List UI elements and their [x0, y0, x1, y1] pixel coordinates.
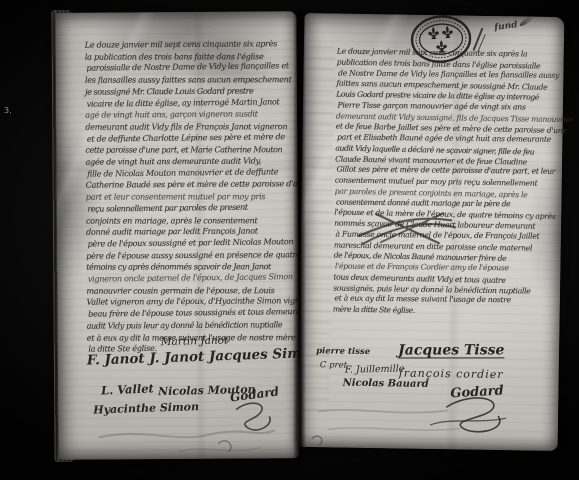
manuscript-line: mère la ditte Ste église.	[333, 304, 551, 318]
signature-pierre-tisse: pierre tisse	[316, 346, 370, 357]
signature-francois-cordier: françois cordier	[399, 367, 504, 382]
manuscript-line: Le douze janvier mil sept cens cinquante…	[85, 38, 287, 51]
manuscript-line: les fiansailles aussy faittes sans aucun…	[85, 74, 287, 86]
signature-martin-janot: Martin Janot	[161, 334, 229, 348]
manuscript-line: paroissialle de Nostre Dame de Vidy les …	[86, 61, 288, 75]
signature-godard-right: Godard	[450, 383, 504, 401]
signature-juillemille: F. Juillemille	[345, 364, 405, 376]
manuscript-line: père de l'épouse aussy soussigné en prés…	[86, 249, 288, 262]
binding-mark: 3.	[4, 106, 12, 115]
manuscript-line: reçu solennellement par paroles de prese…	[87, 201, 289, 215]
manuscript-line: Catherine Baudé ses père et mère de cett…	[86, 179, 288, 192]
manuscript-line: cette paroisse d'une part, et Marie Cath…	[85, 144, 287, 156]
left-page-text: Le douze janvier mil sept cens cinquante…	[85, 38, 289, 355]
fleur-de-lis-icon	[442, 25, 453, 38]
signature-jacques-tisse: Jacques Tisse	[398, 342, 504, 358]
fleur-de-lis-icon	[428, 26, 439, 39]
manuscript-line: et de deffunte Charlotte Lépine ses père…	[87, 131, 289, 145]
crossed-out-scribble	[351, 206, 462, 250]
manuscript-line: audit Vidy puis leur ay donné la bénédic…	[87, 319, 289, 332]
manuscript-line: vigneron oncle paternel de l'époux, de J…	[88, 271, 290, 285]
corner-annotation: fund	[494, 18, 538, 33]
signature-hyacinthe-simon: Hyacinthe Simon	[93, 400, 199, 417]
manuscript-line: agé de vingt huit ans, garçon vigneron s…	[85, 108, 287, 121]
right-page-text: Le douze janvier mil sept cens cinquante…	[333, 46, 555, 318]
right-page: fund Le douze janvier mil sept cens cinq…	[298, 13, 565, 451]
register-scan: 3. Le douze janvier mil sept cens cinqua…	[0, 0, 579, 480]
left-page: Le douze janvier mil sept cens cinquante…	[55, 11, 299, 460]
manuscript-line: père de l'époux soussigné et par ledit N…	[87, 236, 289, 250]
manuscript-line: manouvrier cousin germain de l'épouse, d…	[86, 285, 288, 297]
manuscript-line: conjoints en mariage, après le consentem…	[86, 215, 288, 227]
signature-cpret: C pret	[320, 360, 347, 370]
signature-vallet: L. Vallet	[101, 381, 154, 397]
manuscript-line: fille de Nicolas Mouton manouvrier et de…	[87, 166, 289, 180]
